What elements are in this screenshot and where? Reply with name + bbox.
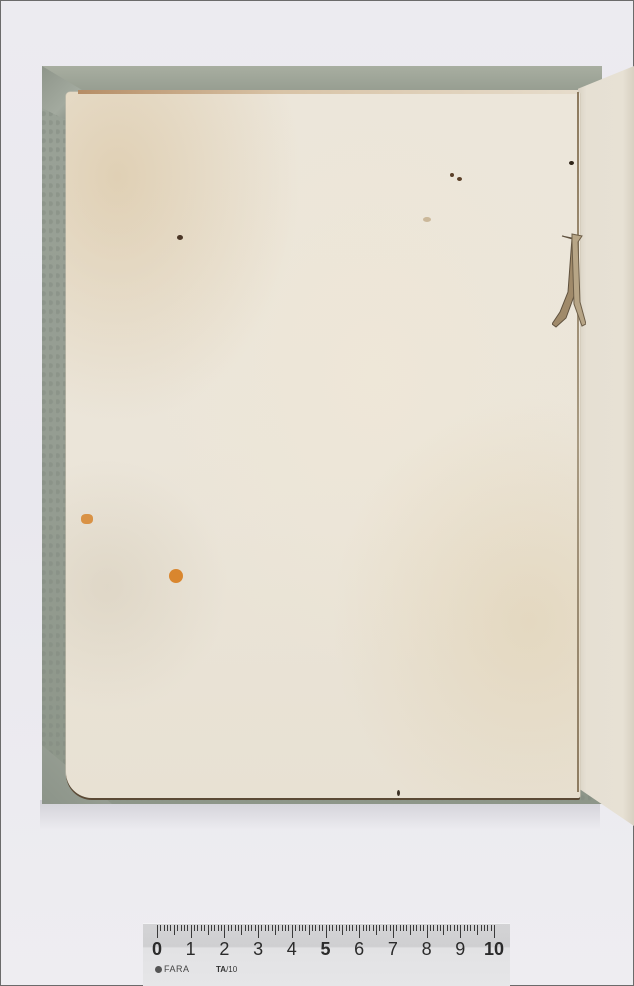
ruler-tick [177, 925, 178, 931]
ruler-tick [339, 925, 340, 931]
ruler-tick [470, 925, 471, 931]
ruler-tick [211, 925, 212, 931]
ruler-tick [457, 925, 458, 931]
ruler-tick [403, 925, 404, 931]
ruler-label: 4 [287, 938, 297, 960]
ruler-tick [278, 925, 279, 931]
ink-spot [397, 790, 400, 796]
ruler-tick [197, 925, 198, 931]
ruler-tick [309, 925, 310, 935]
ruler-tick [315, 925, 316, 931]
ruler-tick [359, 925, 360, 938]
ruler-tick [433, 925, 434, 931]
ruler-tick [484, 925, 485, 931]
ruler-numbers: 0 1 2 3 4 5 6 7 8 9 10 [143, 938, 510, 960]
ruler-tick [282, 925, 283, 931]
ruler-tick [248, 925, 249, 931]
ruler-tick [369, 925, 370, 931]
ruler-tick [443, 925, 444, 935]
ruler-tick [288, 925, 289, 931]
ruler-label: 2 [219, 938, 229, 960]
ruler-tick [450, 925, 451, 931]
ruler-tick [447, 925, 448, 931]
ruler-tick [238, 925, 239, 931]
ruler-tick [440, 925, 441, 931]
ruler-tick [181, 925, 182, 931]
binding-gutter [577, 92, 579, 792]
wrapper-top-edge [42, 66, 602, 92]
ruler-tick [326, 925, 327, 938]
ruler-tick [356, 925, 357, 931]
ruler-tick [201, 925, 202, 931]
ink-spot [450, 173, 454, 177]
scale-ruler: 0 1 2 3 4 5 6 7 8 9 10 FARA TA/10 [143, 923, 510, 986]
folder-shadow [40, 800, 600, 830]
ink-spot [569, 161, 574, 165]
ruler-tick [491, 925, 492, 931]
ruler-tick [487, 925, 488, 931]
ruler-tick [164, 925, 165, 931]
facing-page [578, 66, 634, 826]
ruler-tick [305, 925, 306, 931]
ruler-tick [194, 925, 195, 931]
ruler-tick [400, 925, 401, 931]
ruler-tick [299, 925, 300, 931]
ruler-tick [363, 925, 364, 931]
ruler-tick [218, 925, 219, 931]
ruler-tick [251, 925, 252, 931]
model-code: TA [216, 965, 226, 974]
ruler-tick [464, 925, 465, 931]
ruler-tick [187, 925, 188, 931]
ruler-tick [228, 925, 229, 931]
ruler-tick [302, 925, 303, 931]
ink-spot [177, 235, 183, 240]
ruler-label: 0 [152, 938, 162, 960]
ruler-ticks [157, 925, 494, 939]
ruler-label: 9 [455, 938, 465, 960]
ruler-tick [245, 925, 246, 931]
ruler-tick [406, 925, 407, 931]
brand-logo-icon [155, 966, 162, 973]
ruler-tick [376, 925, 377, 935]
ruler-tick [265, 925, 266, 931]
ruler-tick [221, 925, 222, 931]
ruler-tick [170, 925, 171, 931]
ruler-tick [235, 925, 236, 931]
ruler-tick [224, 925, 225, 938]
ruler-tick [322, 925, 323, 931]
ruler-tick [191, 925, 192, 938]
ruler-tick [184, 925, 185, 931]
ruler-tick [241, 925, 242, 935]
ruler-tick [460, 925, 461, 938]
ruler-tick [160, 925, 161, 931]
ruler-tick [346, 925, 347, 931]
ruler-tick [474, 925, 475, 931]
ruler-tick [477, 925, 478, 935]
ruler-tick [204, 925, 205, 931]
ruler-tick [393, 925, 394, 938]
ruler-tick [332, 925, 333, 931]
ruler-tick [214, 925, 215, 931]
stain-spot [423, 217, 431, 222]
ink-spot [457, 177, 462, 181]
ruler-tick [390, 925, 391, 931]
rust-stain [81, 514, 93, 524]
ruler-tick [208, 925, 209, 935]
ruler-tick [349, 925, 350, 931]
ruler-tick [420, 925, 421, 931]
ruler-tick [272, 925, 273, 931]
ruler-tick [275, 925, 276, 935]
ruler-label: 1 [186, 938, 196, 960]
ruler-label: 6 [354, 938, 364, 960]
ruler-tick [268, 925, 269, 931]
binding-tie [552, 232, 586, 328]
ruler-tick [258, 925, 259, 938]
ruler-tick [174, 925, 175, 935]
ruler-tick [295, 925, 296, 931]
ruler-tick [157, 925, 158, 938]
ruler-brand: FARA [155, 964, 190, 974]
ruler-tick [329, 925, 330, 931]
brand-name: FARA [164, 964, 190, 974]
manuscript-leaf [66, 92, 580, 798]
ruler-tick [467, 925, 468, 931]
ruler-label: 8 [422, 938, 432, 960]
ruler-tick [342, 925, 343, 935]
ruler-tick [373, 925, 374, 931]
ruler-tick [231, 925, 232, 931]
ruler-label: 7 [388, 938, 398, 960]
ruler-tick [494, 925, 495, 938]
ruler-tick [336, 925, 337, 931]
ruler-model: TA/10 [216, 965, 237, 974]
ruler-tick [430, 925, 431, 931]
model-sub: /10 [226, 965, 237, 974]
ruler-tick [383, 925, 384, 931]
ruler-tick [410, 925, 411, 935]
ruler-tick [255, 925, 256, 931]
ruler-tick [379, 925, 380, 931]
ruler-label: 10 [484, 938, 504, 960]
ruler-tick [352, 925, 353, 931]
ruler-tick [454, 925, 455, 931]
ruler-tick [366, 925, 367, 931]
ruler-tick [312, 925, 313, 931]
ruler-label: 3 [253, 938, 263, 960]
ruler-tick [481, 925, 482, 931]
ruler-tick [396, 925, 397, 931]
ruler-tick [261, 925, 262, 931]
ruler-tick [416, 925, 417, 931]
leaf-top-edge [78, 90, 578, 94]
ruler-tick [292, 925, 293, 938]
ruler-tick [319, 925, 320, 931]
rust-stain [169, 569, 183, 583]
ruler-tick [285, 925, 286, 931]
ruler-tick [413, 925, 414, 931]
ruler-tick [437, 925, 438, 931]
ruler-tick [423, 925, 424, 931]
ruler-tick [167, 925, 168, 931]
ruler-tick [427, 925, 428, 938]
ruler-tick [386, 925, 387, 931]
ruler-label: 5 [320, 938, 330, 960]
